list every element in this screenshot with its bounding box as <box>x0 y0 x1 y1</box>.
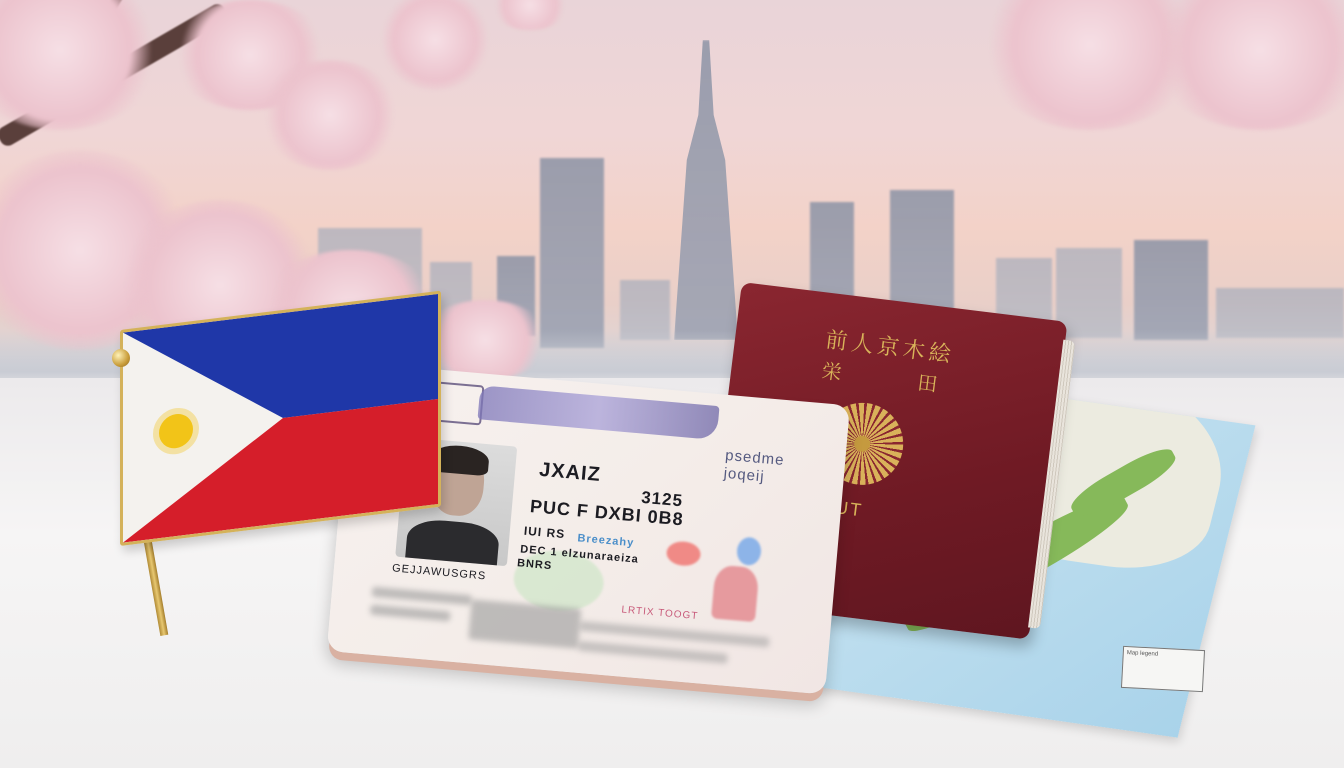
mrz-line-1 <box>372 587 472 606</box>
hologram-strip <box>477 385 719 440</box>
card-signature: GEJJAWUSGRS <box>392 562 487 582</box>
holo-pattern <box>711 564 760 622</box>
card-line-3: IUI RS <box>523 524 565 542</box>
card-header-right-2: joqeij <box>723 465 765 486</box>
mrz-line-4 <box>578 641 728 664</box>
building <box>1134 240 1208 340</box>
card-line-3b: Breezahy <box>577 532 635 549</box>
map-legend: Map legend <box>1121 646 1205 692</box>
flag-white-triangle <box>123 313 283 543</box>
philippine-flag <box>120 291 441 546</box>
photo-suit <box>404 518 500 567</box>
holo-pattern <box>666 540 702 567</box>
building <box>540 158 604 348</box>
redacted-block <box>468 599 581 648</box>
map-legend-text: Map legend <box>1127 650 1159 658</box>
mrz-line-2 <box>370 605 451 622</box>
card-name: JXAIZ <box>538 459 601 487</box>
holo-pattern <box>736 536 762 566</box>
card-footer-stamp: LRTIX TOOGT <box>621 604 699 622</box>
flag-pole-finial <box>112 349 130 367</box>
building <box>1056 248 1122 338</box>
cherry-blossom <box>260 60 400 170</box>
